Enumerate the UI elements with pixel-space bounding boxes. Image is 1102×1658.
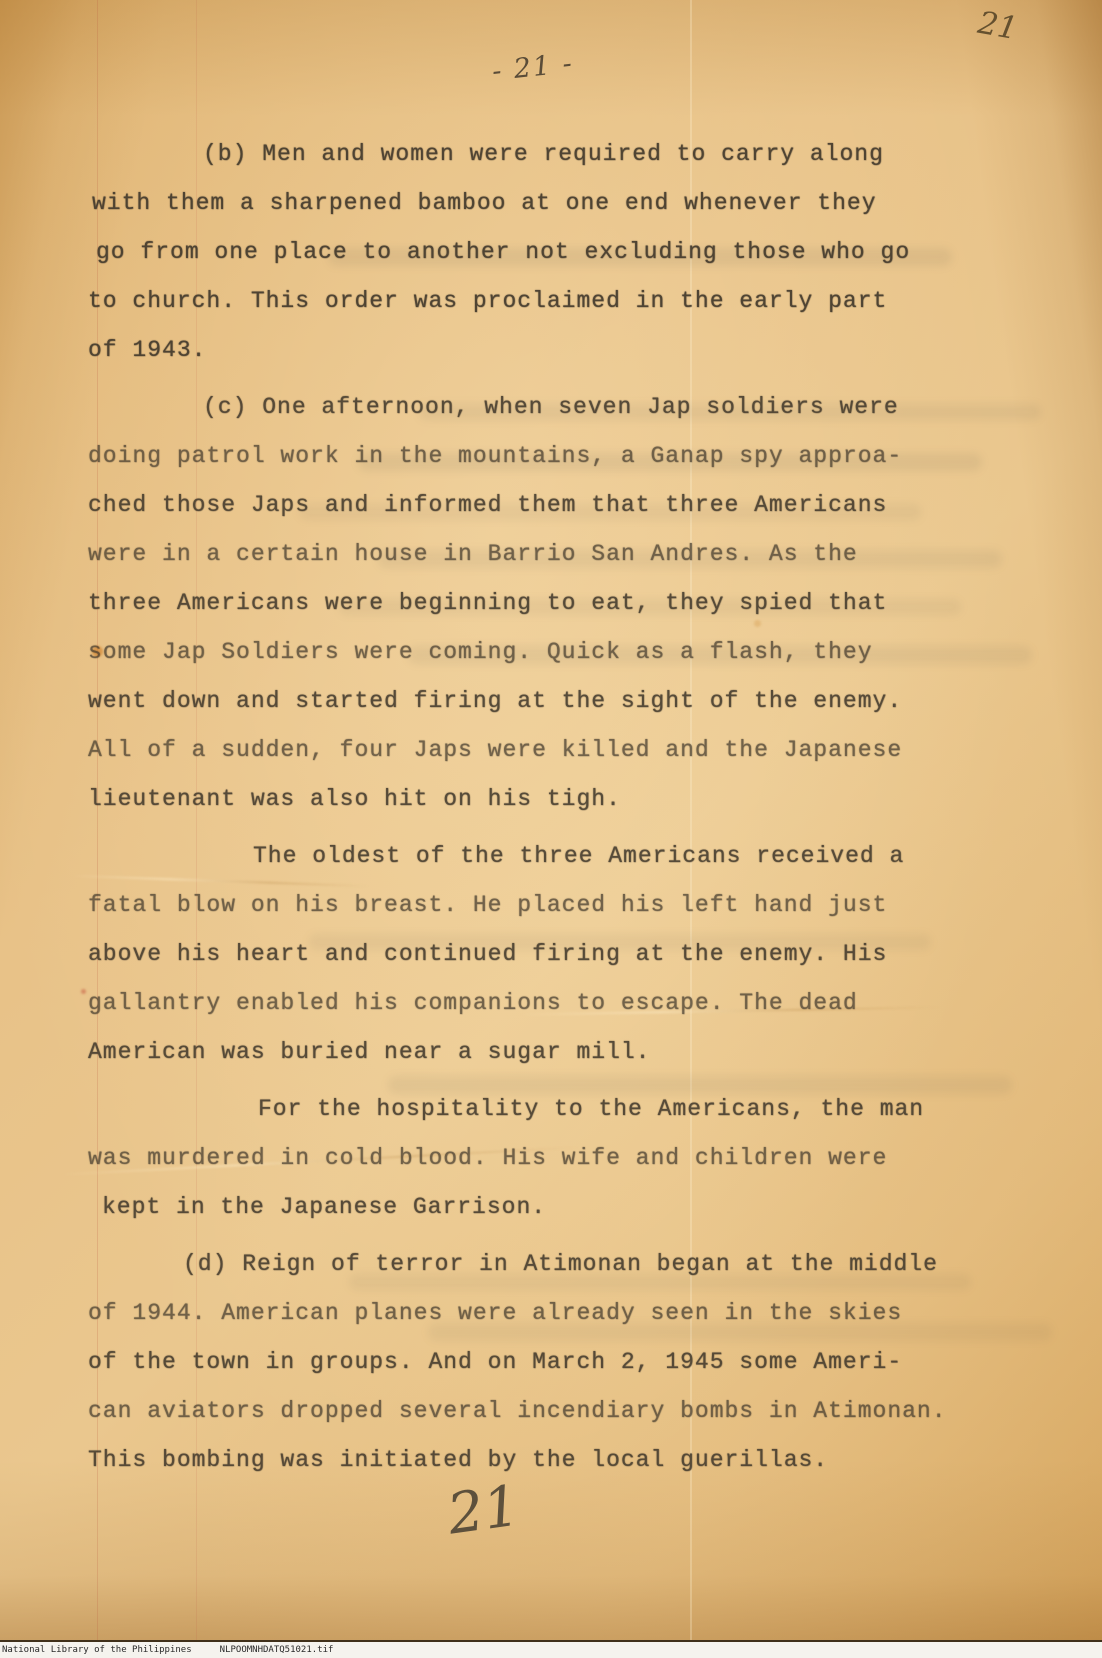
typed-line: with them a sharpened bamboo at one end … [88,179,988,228]
typed-line: was murdered in cold blood. His wife and… [88,1134,988,1183]
typed-line: can aviators dropped several incendiary … [88,1387,988,1436]
typed-line: fatal blow on his breast. He placed his … [88,881,988,930]
typed-line: some Jap Soldiers were coming. Quick as … [88,628,988,677]
typed-line: kept in the Japanese Garrison. [88,1183,988,1232]
typed-line: were in a certain house in Barrio San An… [88,530,988,579]
typed-line: went down and started firing at the sigh… [88,677,988,726]
typed-line: go from one place to another not excludi… [88,228,988,277]
typed-line: of 1944. American planes were already se… [88,1289,988,1338]
typed-line: For the hospitality to the Americans, th… [88,1085,988,1134]
typed-line: above his heart and continued firing at … [88,930,988,979]
typed-line: (d) Reign of terror in Atimonan began at… [88,1240,988,1289]
typed-line: of the town in groups. And on March 2, 1… [88,1338,988,1387]
paragraph: (c) One afternoon, when seven Jap soldie… [88,383,988,824]
typed-line: All of a sudden, four Japs were killed a… [88,726,988,775]
handwritten-bottom-page-number: 21 [444,1473,524,1547]
typed-line: to church. This order was proclaimed in … [88,277,988,326]
handwritten-corner-page-number: 21 [975,5,1020,47]
typed-line: (b) Men and women were required to carry… [88,130,988,179]
typed-line: (c) One afternoon, when seven Jap soldie… [88,383,988,432]
typed-line: The oldest of the three Americans receiv… [88,832,988,881]
typed-text-block: (b) Men and women were required to carry… [88,130,988,1493]
typed-line: of 1943. [88,326,988,375]
typed-line: three Americans were beginning to eat, t… [88,579,988,628]
paragraph: For the hospitality to the Americans, th… [88,1085,988,1232]
ink-bleed-smudges [0,0,620,14]
typed-line: gallantry enabled his companions to esca… [88,979,988,1028]
typed-line: lieutenant was also hit on his tigh. [88,775,988,824]
paragraph: (d) Reign of terror in Atimonan began at… [88,1240,988,1485]
scan-footer-bar: National Library of the Philippines NLPO… [0,1640,1102,1658]
scan-filename: NLPOOMNHDATQ51021.tif [220,1645,334,1655]
typed-line: doing patrol work in the mountains, a Ga… [88,432,988,481]
library-name: National Library of the Philippines [2,1645,192,1655]
typed-line: This bombing was initiated by the local … [88,1436,988,1485]
scanned-page: { "page": { "header_page_number": "- 21 … [0,0,1102,1658]
paragraph: (b) Men and women were required to carry… [88,130,988,375]
paragraph: The oldest of the three Americans receiv… [88,832,988,1077]
typed-line: American was buried near a sugar mill. [88,1028,988,1077]
typed-line: ched those Japs and informed them that t… [88,481,988,530]
